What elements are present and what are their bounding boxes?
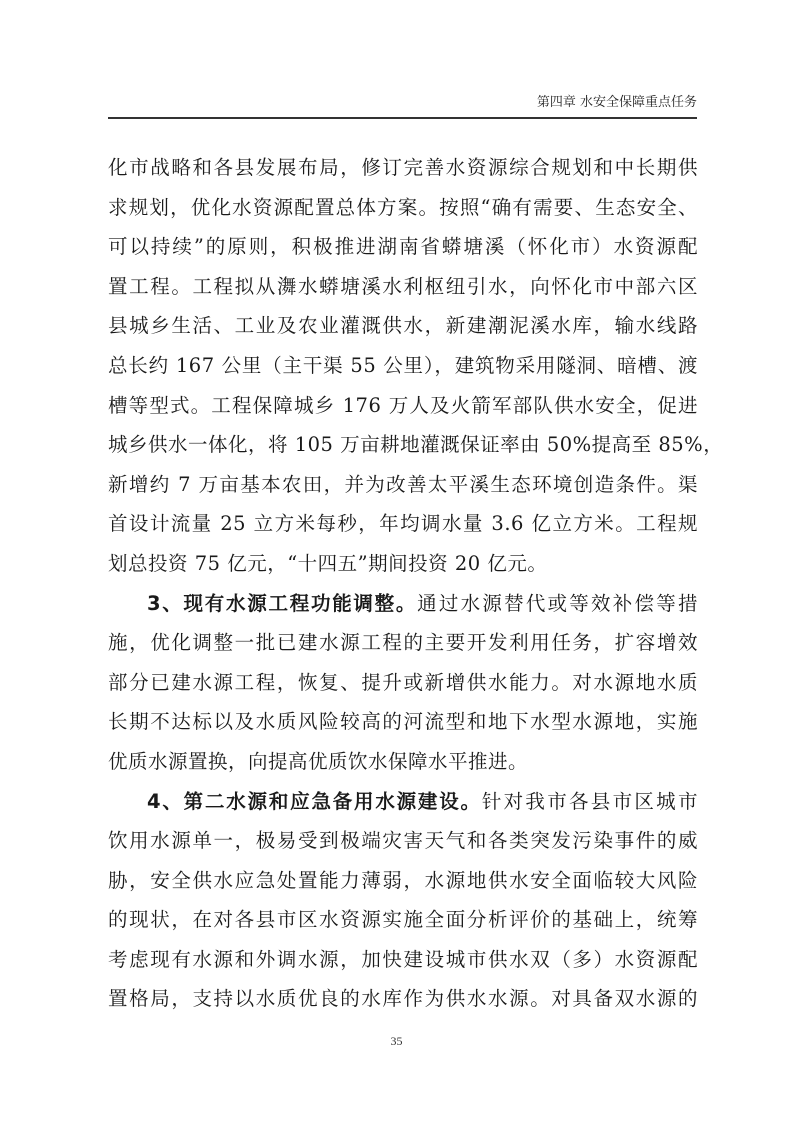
item-heading: 4、第二水源和应急备用水源建设。	[147, 790, 482, 813]
text-line: 置工程。工程拟从㵲水蟒塘溪水利枢纽引水，向怀化市中部六区	[108, 267, 698, 307]
text-line: 槽等型式。工程保障城乡 176 万人及火箭军部队供水安全，促进	[108, 386, 698, 426]
text-line: 县城乡生活、工业及农业灌溉供水，新建潮泥溪水库，输水线路	[108, 306, 698, 346]
text-line: 优质水源置换，向提高优质饮水保障水平推进。	[108, 742, 698, 782]
item-text: 通过水源替代或等效补偿等措	[417, 592, 698, 615]
running-header: 第四章 水安全保障重点任务	[537, 91, 697, 110]
text-line: 首设计流量 25 立方米每秒，年均调水量 3.6 亿立方米。工程规	[108, 504, 698, 544]
text-line: 总长约 167 公里（主干渠 55 公里），建筑物采用隧洞、暗槽、渡	[108, 346, 698, 386]
body-text: 化市战略和各县发展布局，修订完善水资源综合规划和中长期供 求规划，优化水资源配置…	[108, 148, 698, 1019]
header-rule	[108, 117, 697, 119]
text-line: 新增约 7 万亩基本农田，并为改善太平溪生态环境创造条件。渠	[108, 465, 698, 505]
text-line: 3、现有水源工程功能调整。通过水源替代或等效补偿等措	[108, 584, 698, 624]
text-line: 求规划，优化水资源配置总体方案。按照“确有需要、生态安全、	[108, 188, 698, 228]
item-heading: 3、现有水源工程功能调整。	[147, 592, 417, 615]
paragraph-item-4: 4、第二水源和应急备用水源建设。针对我市各县市区城市 饮用水源单一，极易受到极端…	[108, 782, 698, 1020]
page-number: 35	[0, 1034, 793, 1049]
text-line: 胁，安全供水应急处置能力薄弱，水源地供水安全面临较大风险	[108, 861, 698, 901]
paragraph-item-3: 3、现有水源工程功能调整。通过水源替代或等效补偿等措 施，优化调整一批已建水源工…	[108, 584, 698, 782]
text-line: 长期不达标以及水质风险较高的河流型和地下水型水源地，实施	[108, 702, 698, 742]
text-line: 城乡供水一体化，将 105 万亩耕地灌溉保证率由 50%提高至 85%，	[108, 425, 698, 465]
text-line: 部分已建水源工程，恢复、提升或新增供水能力。对水源地水质	[108, 663, 698, 703]
text-line: 考虑现有水源和外调水源，加快建设城市供水双（多）水资源配	[108, 940, 698, 980]
text-line: 可以持续”的原则，积极推进湖南省蟒塘溪（怀化市）水资源配	[108, 227, 698, 267]
text-line: 置格局，支持以水质优良的水库作为供水水源。对具备双水源的	[108, 979, 698, 1019]
paragraph-continuation: 化市战略和各县发展布局，修订完善水资源综合规划和中长期供 求规划，优化水资源配置…	[108, 148, 698, 584]
item-text: 针对我市各县市区城市	[482, 790, 698, 813]
text-line: 化市战略和各县发展布局，修订完善水资源综合规划和中长期供	[108, 148, 698, 188]
text-line: 施，优化调整一批已建水源工程的主要开发利用任务，扩容增效	[108, 623, 698, 663]
text-line: 的现状，在对各县市区水资源实施全面分析评价的基础上，统筹	[108, 900, 698, 940]
text-line: 饮用水源单一，极易受到极端灾害天气和各类突发污染事件的威	[108, 821, 698, 861]
text-line: 4、第二水源和应急备用水源建设。针对我市各县市区城市	[108, 782, 698, 822]
text-line: 划总投资 75 亿元，“十四五”期间投资 20 亿元。	[108, 544, 698, 584]
